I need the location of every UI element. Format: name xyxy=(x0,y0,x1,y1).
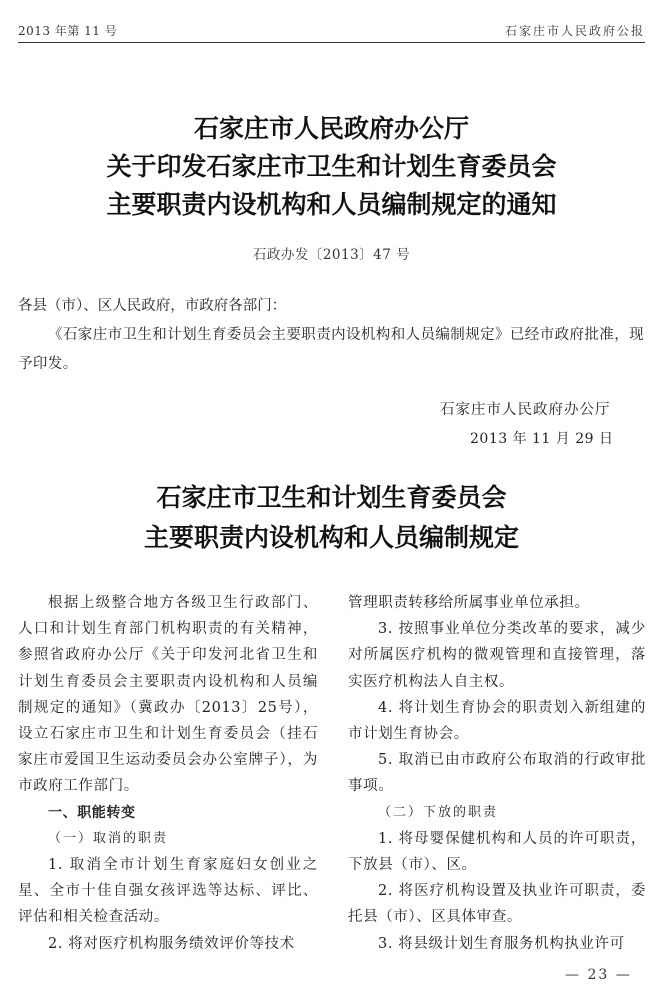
paragraph: 3. 将县级计划生育服务机构执业许可 xyxy=(348,931,646,957)
regulation-title: 石家庄市卫生和计划生育委员会 主要职责内设机构和人员编制规定 xyxy=(0,478,663,558)
text-column-right: 管理职责转移给所属事业单位承担。 3. 按照事业单位分类改革的要求，减少对所属医… xyxy=(348,590,646,957)
paragraph: 根据上级整合地方各级卫生行政部门、人口和计划生育部门机构职责的有关精神，参照省政… xyxy=(18,590,318,800)
paragraph: 1. 取消全市计划生育家庭妇女创业之星、全市十佳自强女孩评选等达标、评比、评估和… xyxy=(18,852,318,931)
paragraph: 1. 将母婴保健机构和人员的许可职责，下放县（市）、区。 xyxy=(348,826,646,878)
notice-title-line: 石家庄市人民政府办公厅 xyxy=(0,110,663,148)
page-number: — 23 — xyxy=(565,967,632,983)
paragraph: 3. 按照事业单位分类改革的要求，减少对所属医疗机构的微观管理和直接管理，落实医… xyxy=(348,616,646,695)
regulation-title-line: 石家庄市卫生和计划生育委员会 xyxy=(0,478,663,518)
notice-body: 《石家庄市卫生和计划生育委员会主要职责内设机构和人员编制规定》已经市政府批准，现… xyxy=(18,321,648,379)
issue-date: 2013 年 11 月 29 日 xyxy=(470,428,614,448)
publication-name: 石家庄市人民政府公报 xyxy=(505,22,645,40)
paragraph: 2. 将对医疗机构服务绩效评价等技术 xyxy=(18,931,318,957)
page-header: 2013 年第 11 号 石家庄市人民政府公报 xyxy=(18,22,645,43)
signer: 石家庄市人民政府办公厅 xyxy=(440,398,611,419)
document-number: 石政办发〔2013〕47 号 xyxy=(0,243,663,263)
paragraph: 4. 将计划生育协会的职责划入新组建的市计划生育协会。 xyxy=(348,695,646,747)
salutation: 各县（市）、区人民政府，市政府各部门： xyxy=(18,292,286,321)
subsection-heading: （二）下放的职责 xyxy=(348,800,646,826)
subsection-heading: （一）取消的职责 xyxy=(18,826,318,852)
issue-label: 2013 年第 11 号 xyxy=(18,22,117,40)
notice-title-line: 关于印发石家庄市卫生和计划生育委员会 xyxy=(0,148,663,186)
notice-title-line: 主要职责内设机构和人员编制规定的通知 xyxy=(0,186,663,224)
text-column-left: 根据上级整合地方各级卫生行政部门、人口和计划生育部门机构职责的有关精神，参照省政… xyxy=(18,590,318,957)
paragraph: 2. 将医疗机构设置及执业许可职责，委托县（市）、区具体审查。 xyxy=(348,878,646,930)
paragraph: 5. 取消已由市政府公布取消的行政审批事项。 xyxy=(348,747,646,799)
paragraph: 管理职责转移给所属事业单位承担。 xyxy=(348,590,646,616)
regulation-title-line: 主要职责内设机构和人员编制规定 xyxy=(0,518,663,558)
section-heading: 一、职能转变 xyxy=(18,800,318,826)
notice-title: 石家庄市人民政府办公厅 关于印发石家庄市卫生和计划生育委员会 主要职责内设机构和… xyxy=(0,110,663,224)
